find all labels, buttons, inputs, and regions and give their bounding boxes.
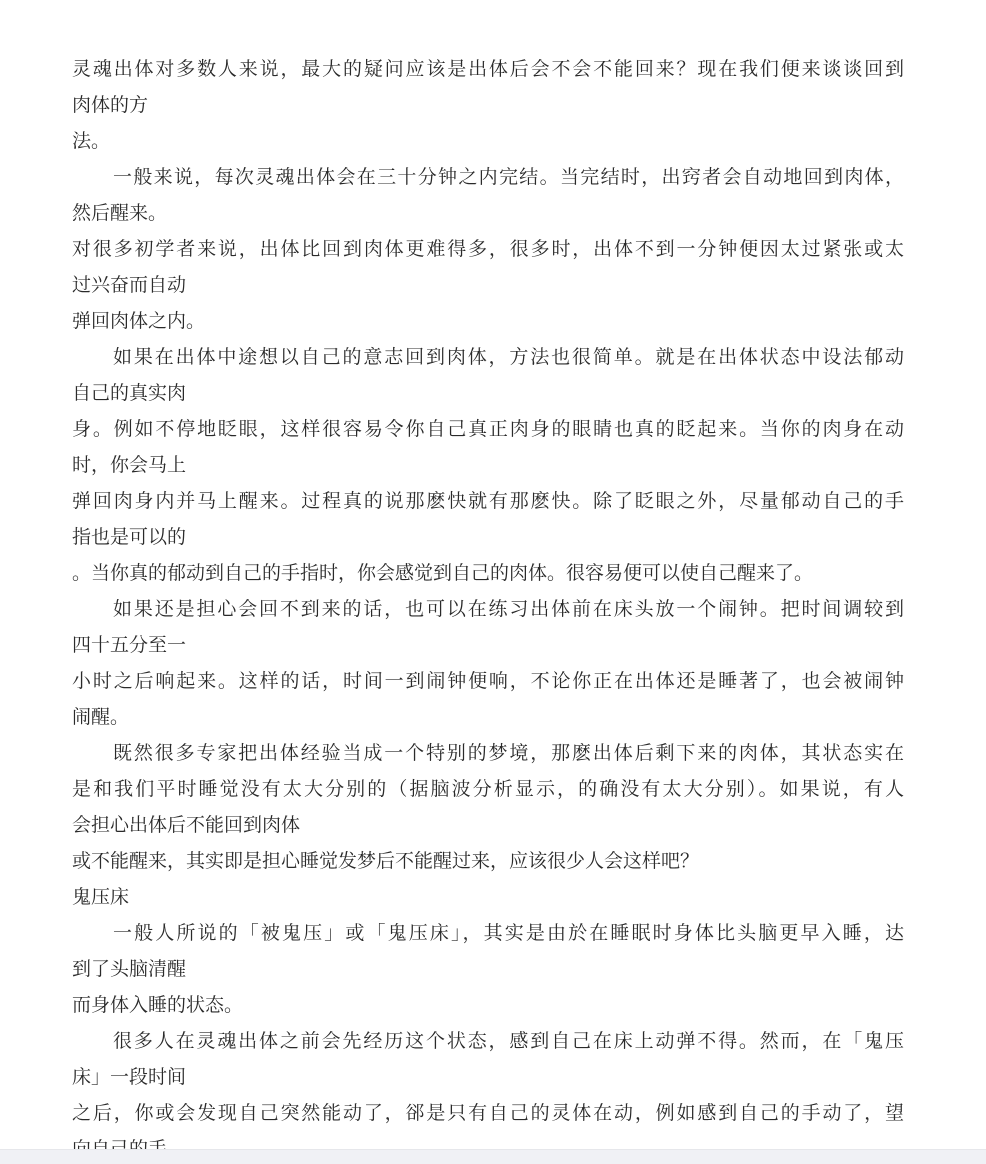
- text-line: 对很多初学者来说，出体比回到肉体更难得多，很多时，出体不到一分钟便因太过紧张或太: [72, 231, 904, 267]
- text-line: 。当你真的郁动到自己的手指时，你会感觉到自己的肉体。很容易便可以使自己醒来了。: [72, 555, 904, 591]
- text-line: 床」一段时间: [72, 1059, 904, 1095]
- text-line: 指也是可以的: [72, 519, 904, 555]
- text-line: 四十五分至一: [72, 627, 904, 663]
- document-page: 灵魂出体对多数人来说，最大的疑问应该是出体后会不会不能回来？现在我们便来谈谈回到…: [0, 0, 986, 1164]
- text-line: 或不能醒来，其实即是担心睡觉发梦后不能醒过来，应该很少人会这样吧？: [72, 843, 904, 879]
- text-line: 一般来说，每次灵魂出体会在三十分钟之内完结。当完结时，出窍者会自动地回到肉体，: [72, 159, 904, 195]
- bottom-bar: [0, 1149, 986, 1164]
- text-line: 一般人所说的「被鬼压」或「鬼压床」，其实是由於在睡眠时身体比头脑更早入睡，达: [72, 915, 904, 951]
- document-body: 灵魂出体对多数人来说，最大的疑问应该是出体后会不会不能回来？现在我们便来谈谈回到…: [72, 51, 904, 1164]
- text-line: 小时之后响起来。这样的话，时间一到闹钟便响，不论你正在出体还是睡著了，也会被闹钟: [72, 663, 904, 699]
- text-line: 很多人在灵魂出体之前会先经历这个状态，感到自己在床上动弹不得。然而，在「鬼压: [72, 1023, 904, 1059]
- text-line: 既然很多专家把出体经验当成一个特别的梦境，那麽出体后剩下来的肉体，其状态实在: [72, 735, 904, 771]
- text-line: 而身体入睡的状态。: [72, 987, 904, 1023]
- text-line: 弹回肉体之内。: [72, 303, 904, 339]
- text-line: 之后，你或会发现自己突然能动了，郤是只有自己的灵体在动，例如感到自己的手动了，望: [72, 1095, 904, 1131]
- text-line: 自己的真实肉: [72, 375, 904, 411]
- text-line: 是和我们平时睡觉没有太大分别的（据脑波分析显示，的确没有太大分别）。如果说，有人: [72, 771, 904, 807]
- text-line: 时，你会马上: [72, 447, 904, 483]
- text-line: 弹回肉身内并马上醒来。过程真的说那麽快就有那麽快。除了眨眼之外，尽量郁动自己的手: [72, 483, 904, 519]
- text-line: 灵魂出体对多数人来说，最大的疑问应该是出体后会不会不能回来？现在我们便来谈谈回到: [72, 51, 904, 87]
- text-line: 到了头脑清醒: [72, 951, 904, 987]
- text-line: 如果还是担心会回不到来的话，也可以在练习出体前在床头放一个闹钟。把时间调较到: [72, 591, 904, 627]
- text-line: 法。: [72, 123, 904, 159]
- text-line: 会担心出体后不能回到肉体: [72, 807, 904, 843]
- text-line: 肉体的方: [72, 87, 904, 123]
- text-line: 过兴奋而自动: [72, 267, 904, 303]
- text-line: 如果在出体中途想以自己的意志回到肉体，方法也很简单。就是在出体状态中设法郁动: [72, 339, 904, 375]
- text-line: 闹醒。: [72, 699, 904, 735]
- section-heading: 鬼压床: [72, 879, 904, 915]
- text-line: 然后醒来。: [72, 195, 904, 231]
- text-line: 身。例如不停地眨眼，这样很容易令你自己真正肉身的眼睛也真的眨起来。当你的肉身在动: [72, 411, 904, 447]
